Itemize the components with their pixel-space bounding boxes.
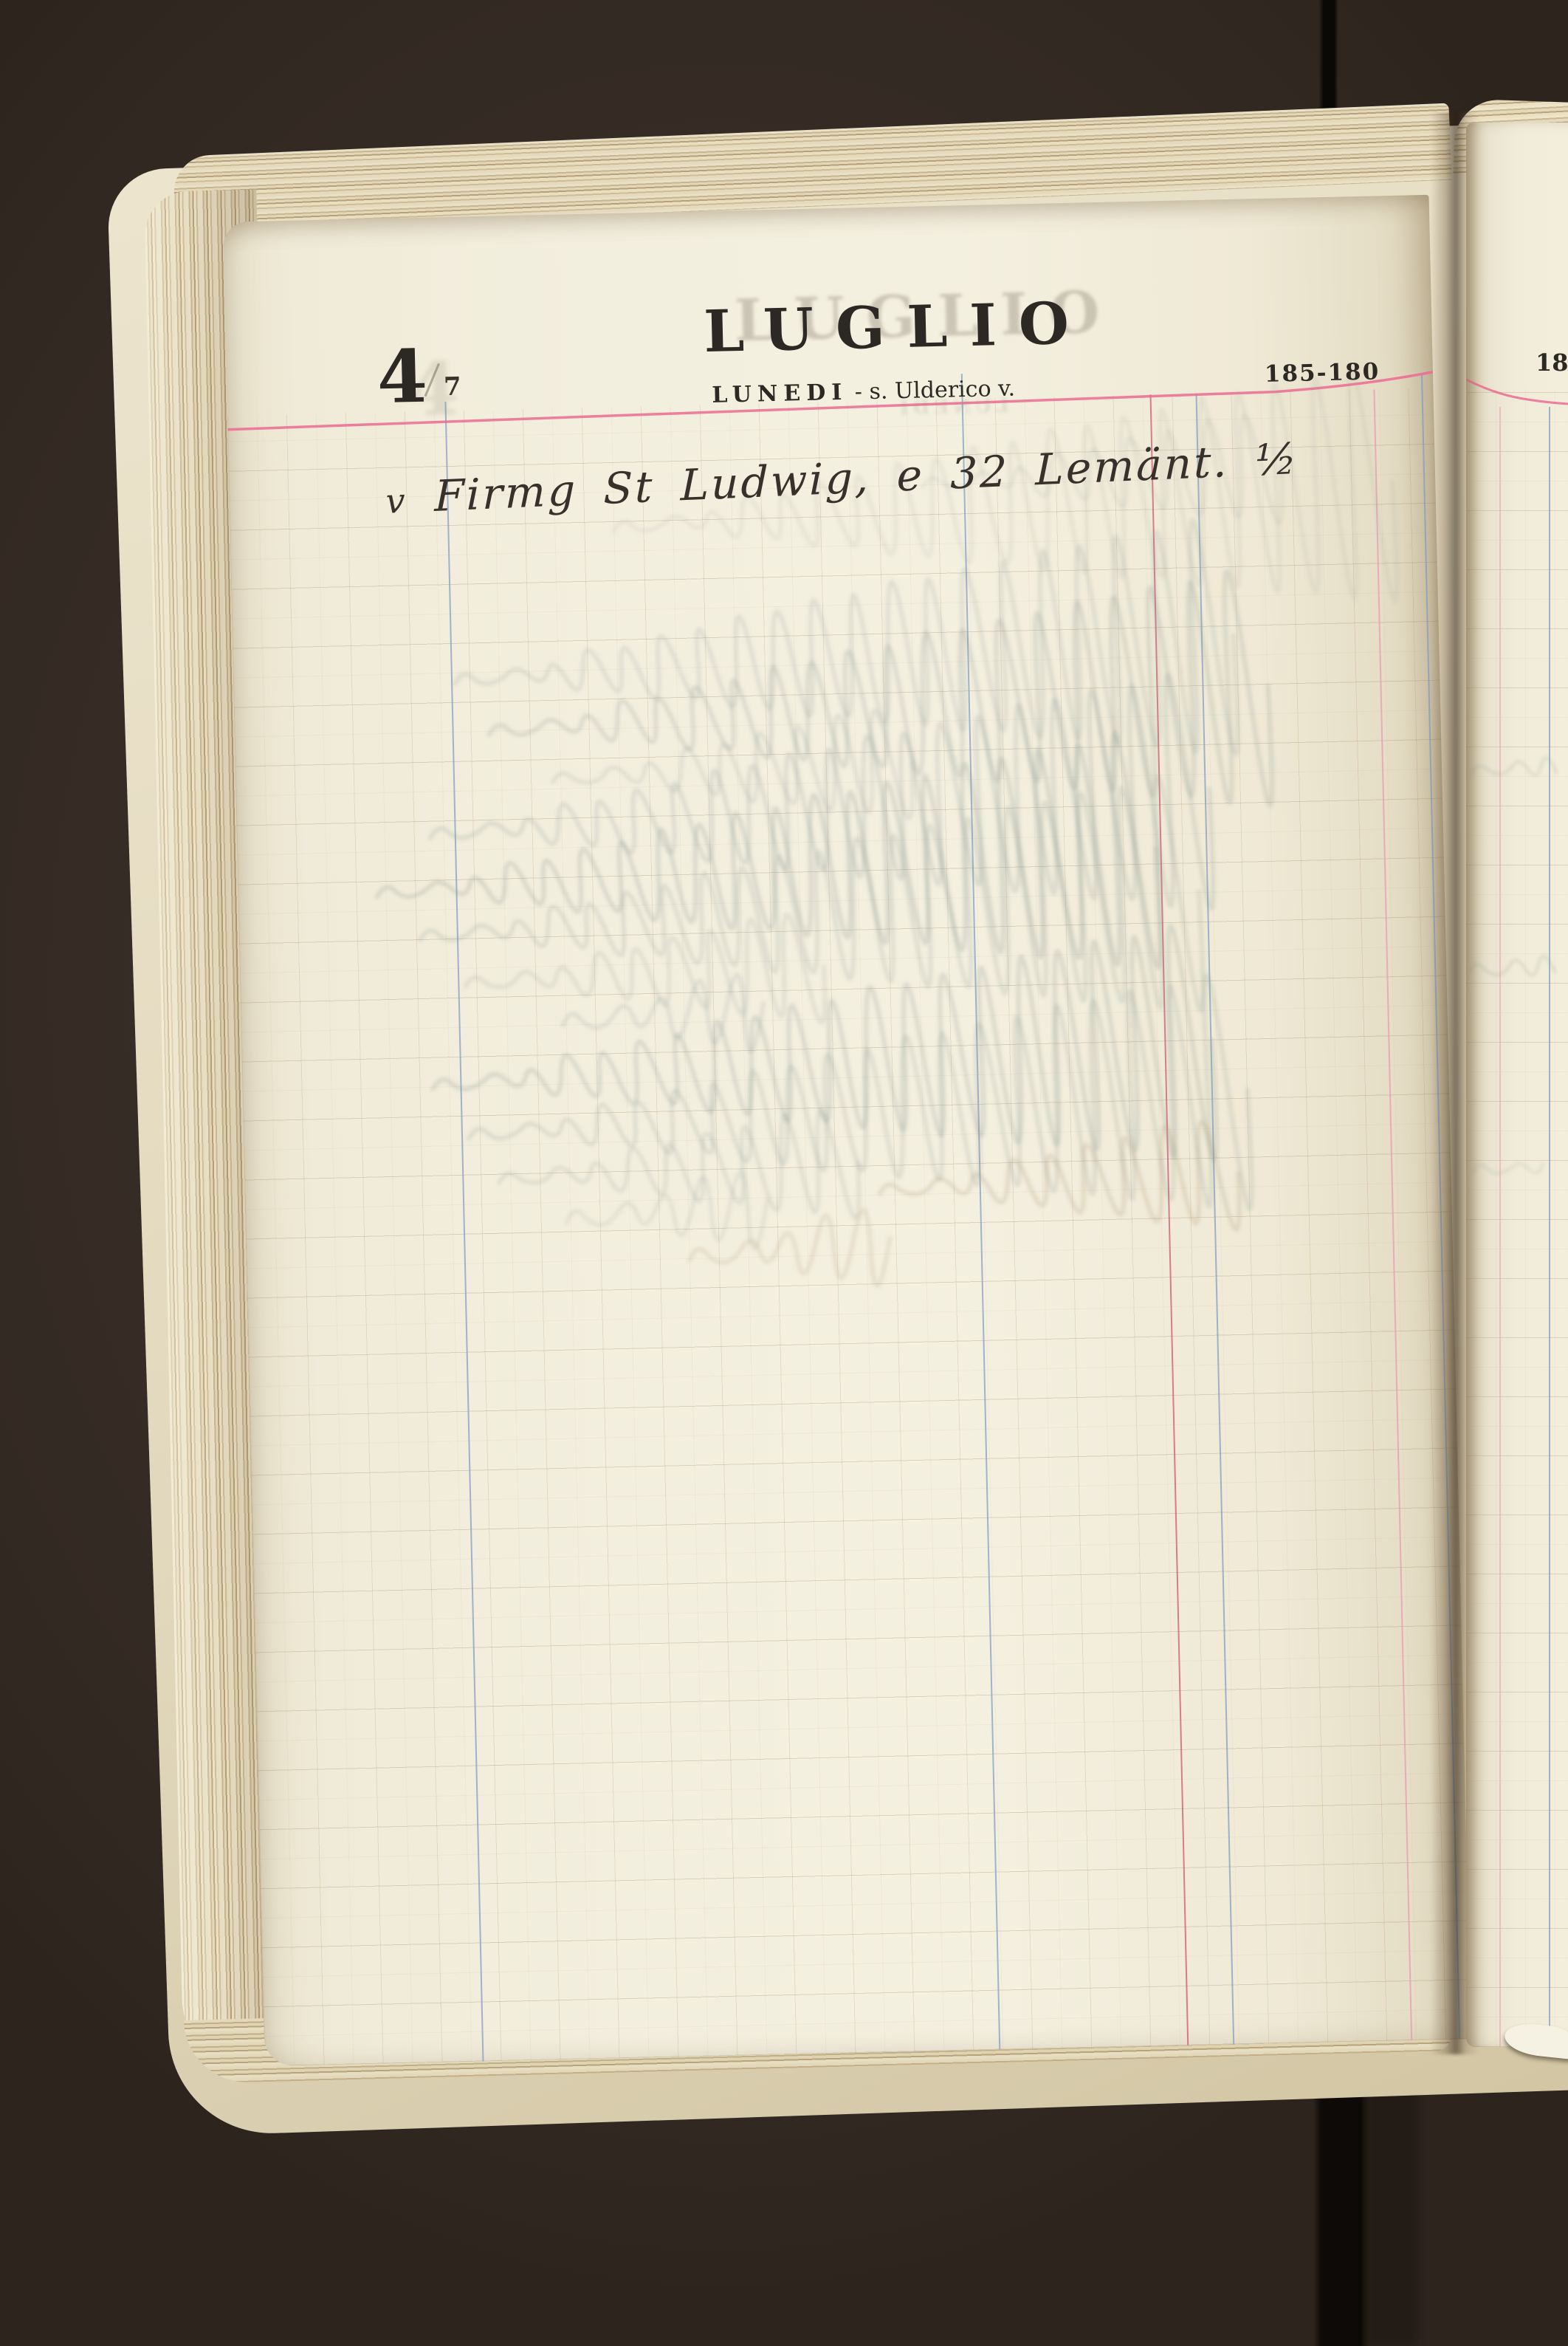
right-page-day-count: 18: [1536, 349, 1568, 377]
weekday-label: LUNEDI: [712, 380, 848, 408]
gutter-shadow: [1431, 112, 1479, 2054]
entry-checkmark: v: [385, 481, 405, 521]
saint-label: s. Ulderico v.: [869, 376, 1015, 405]
day-of-year-count: 185-180: [1265, 358, 1380, 388]
day-number-alt: 7: [444, 372, 462, 402]
weekday-separator: -: [847, 379, 870, 405]
diary-left-page: LUGLIO LUGLIO LUNEDI LUNEDI - s. Ulderic…: [223, 195, 1471, 2066]
diary-right-page: 18: [1466, 123, 1568, 2047]
month-title: LUGLIO: [703, 289, 1091, 366]
day-number: 4: [376, 335, 428, 421]
right-ghost-bleedthrough: [1466, 123, 1568, 2047]
